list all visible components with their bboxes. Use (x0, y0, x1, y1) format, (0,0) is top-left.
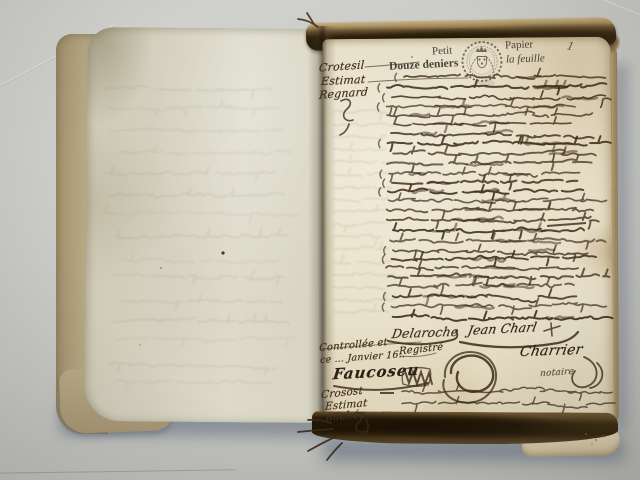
table-seam-line (0, 469, 236, 473)
book-gutter (308, 26, 336, 424)
right-page-manuscript (322, 37, 613, 431)
left-page-blank (84, 27, 325, 423)
manuscript-photo: Petit Papier Douze deniers la feuille 1 … (0, 0, 640, 480)
bottom-binding-edge (312, 411, 618, 445)
